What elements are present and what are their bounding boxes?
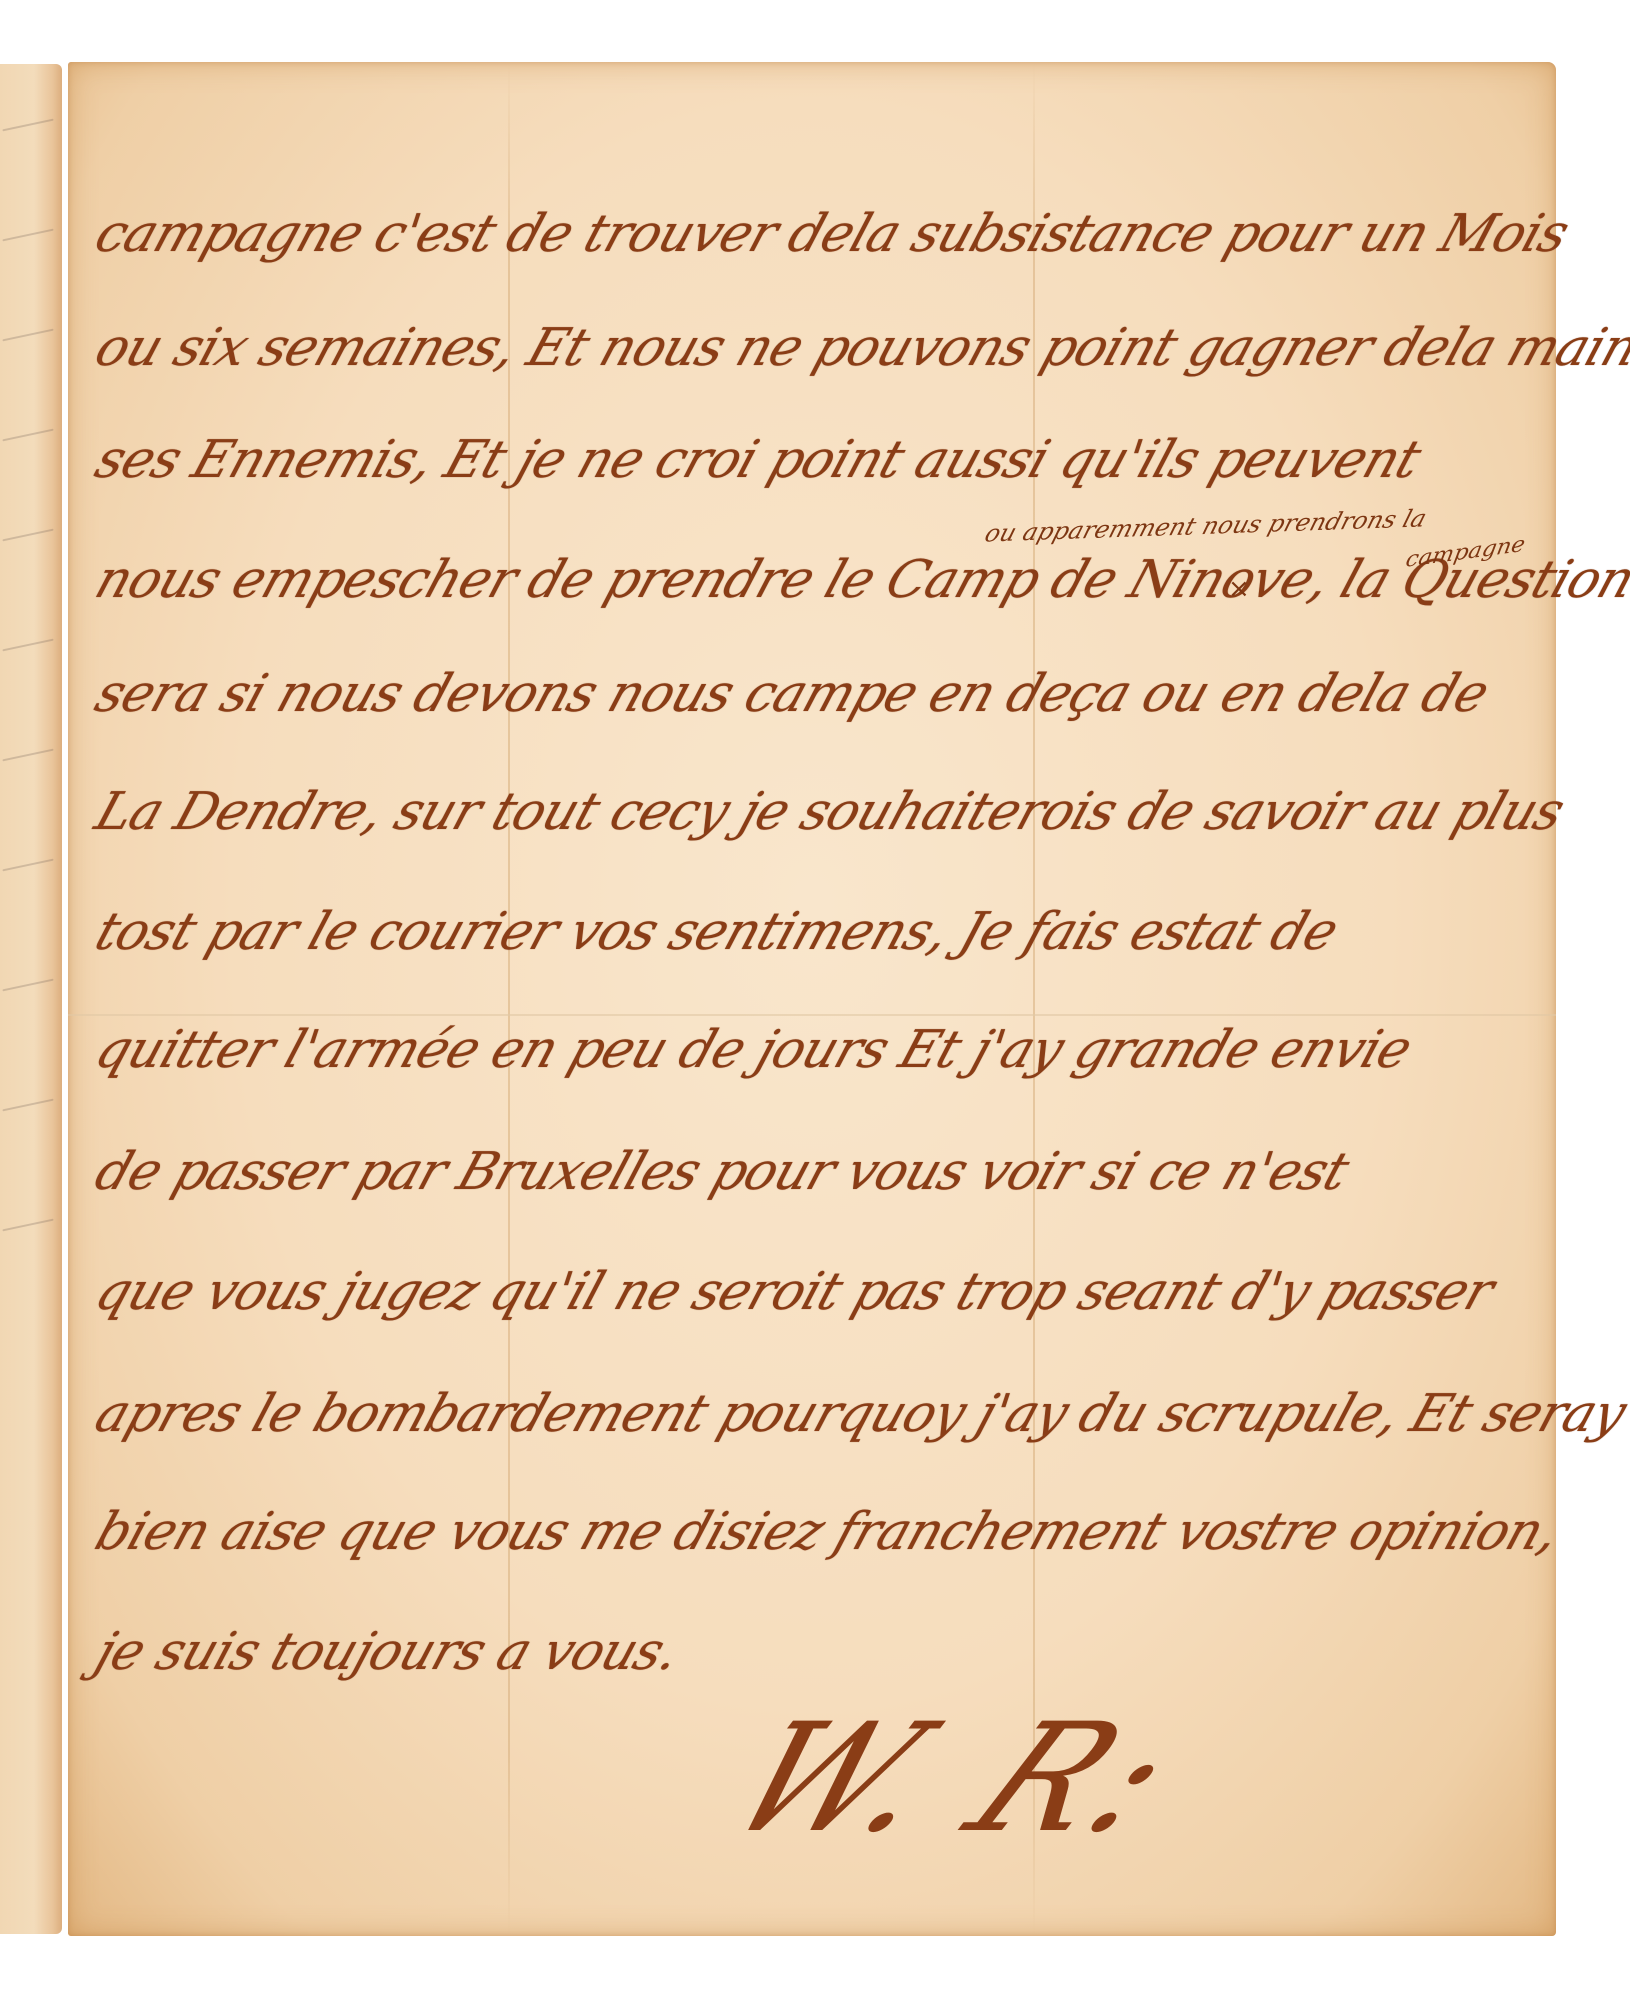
letter-line-1: campagne c'est de trouver dela subsistan… bbox=[88, 204, 1576, 264]
letter-line-3: ses Ennemis, Et je ne croi point aussi q… bbox=[88, 430, 1427, 490]
letter-line-5: sera si nous devons nous campe en deça o… bbox=[88, 664, 1496, 724]
horizontal-fold-line bbox=[68, 1014, 1556, 1016]
letter-line-2: ou six semaines, Et nous ne pouvons poin… bbox=[88, 318, 1630, 378]
letter-line-4: nous empescher de prendre le Camp de Nin… bbox=[88, 550, 1630, 610]
faint-ink-trace bbox=[2, 1219, 53, 1232]
faint-ink-trace bbox=[2, 1099, 53, 1112]
faint-ink-trace bbox=[2, 429, 53, 442]
facing-page-edge bbox=[0, 64, 62, 1934]
letter-sheet: campagne c'est de trouver dela subsistan… bbox=[68, 62, 1556, 1936]
faint-ink-trace bbox=[2, 229, 53, 242]
letter-line-9: de passer par Bruxelles pour vous voir s… bbox=[88, 1142, 1355, 1202]
faint-ink-trace bbox=[2, 859, 53, 872]
signature: W. R: bbox=[698, 1692, 1215, 1866]
faint-ink-trace bbox=[2, 329, 53, 342]
letter-line-10: que vous jugez qu'il ne seroit pas trop … bbox=[88, 1262, 1500, 1322]
letter-line-12: bien aise que vous me disiez franchement… bbox=[88, 1502, 1566, 1562]
faint-ink-trace bbox=[2, 119, 53, 132]
letter-line-8: quitter l'armée en peu de jours Et j'ay … bbox=[88, 1020, 1418, 1080]
letter-line-6: La Dendre, sur tout cecy je souhaiterois… bbox=[88, 782, 1571, 842]
interlinear-insertion: ou apparemment nous prendrons la bbox=[982, 504, 1430, 547]
faint-ink-trace bbox=[2, 749, 53, 762]
letter-line-13: je suis toujours a vous. bbox=[88, 1622, 687, 1682]
faint-ink-trace bbox=[2, 979, 53, 992]
faint-ink-trace bbox=[2, 529, 53, 542]
letter-line-11: apres le bombardement pourquoy j'ay du s… bbox=[88, 1384, 1630, 1444]
letter-line-7: tost par le courier vos sentimens, Je fa… bbox=[88, 902, 1345, 962]
insertion-caret-mark: × bbox=[1228, 574, 1250, 604]
faint-ink-trace bbox=[2, 639, 53, 652]
